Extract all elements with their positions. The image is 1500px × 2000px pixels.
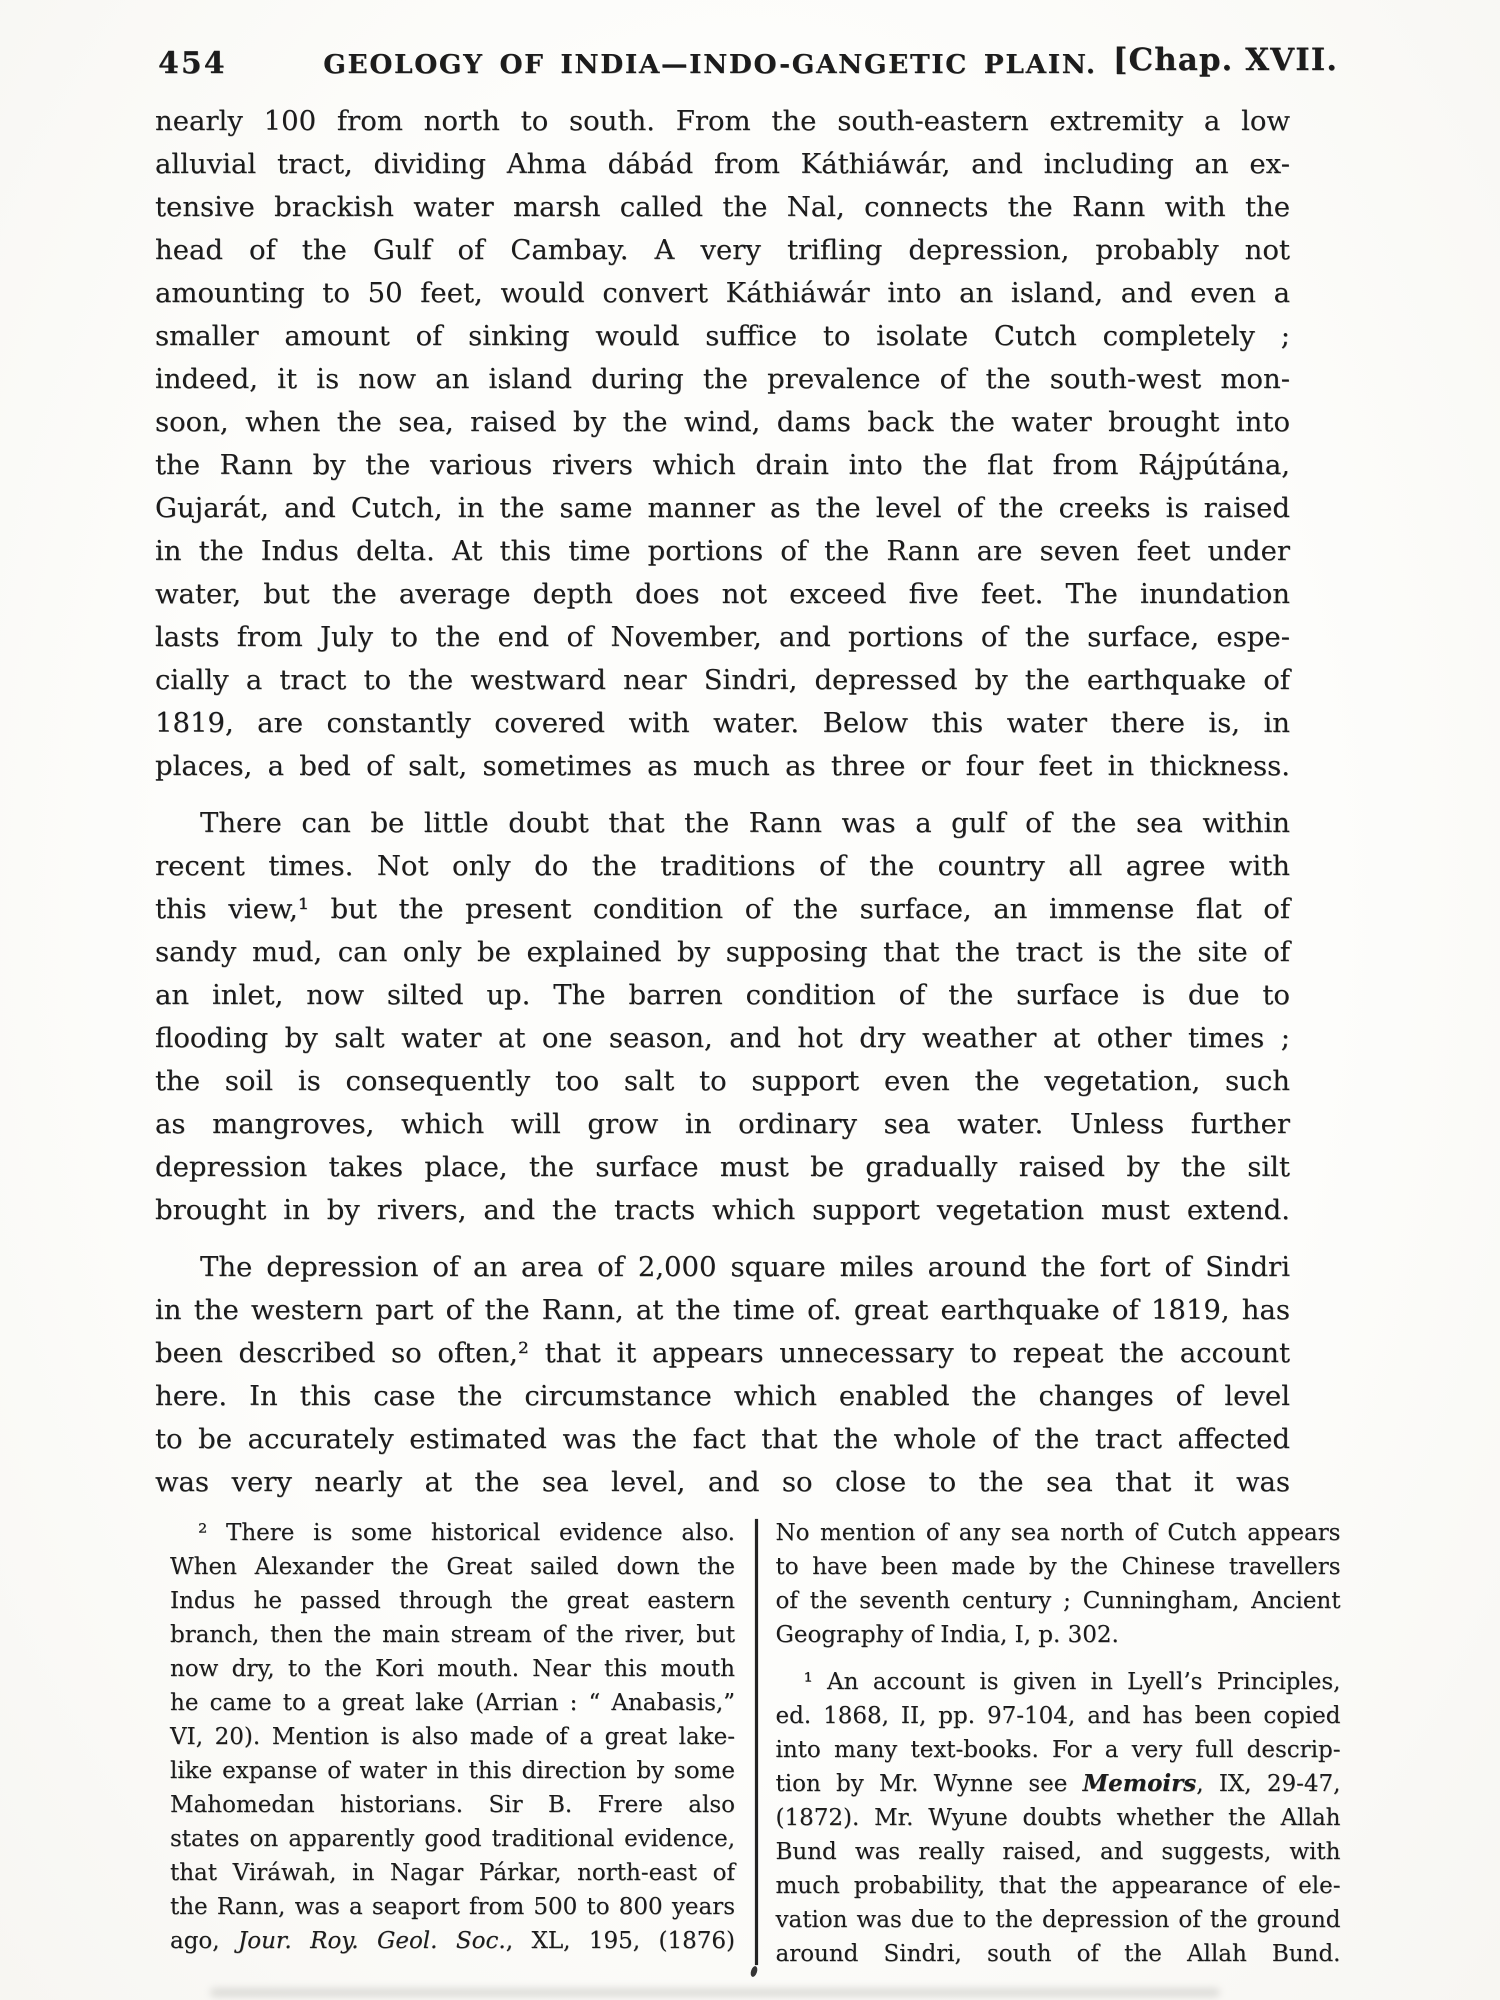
footnote-column-right: No mention of any sea north of Cutch app… bbox=[776, 1516, 1341, 1971]
text-line: No mention of any sea north of Cutch app… bbox=[776, 1516, 1341, 1550]
text-segment: around Sindri, south of the Allah Bund. bbox=[776, 1941, 1341, 1967]
text-segment: nearly 100 from north to south. From the… bbox=[155, 105, 1290, 137]
text-line: ago, Jour. Roy. Geol. Soc., XL, 195, (18… bbox=[170, 1924, 735, 1958]
text-line: like expanse of water in this direction … bbox=[170, 1754, 735, 1788]
text-segment: Mahomedan historians. Sir B. Frere also bbox=[170, 1792, 735, 1818]
text-segment: to have been made by the Chinese travell… bbox=[776, 1554, 1341, 1580]
text-line: he came to a great lake (Arrian : “ Anab… bbox=[170, 1686, 735, 1720]
chapter-label: [Chap. XVII. bbox=[1113, 42, 1338, 78]
text-line: that Viráwah, in Nagar Párkar, north-eas… bbox=[170, 1856, 735, 1890]
text-segment: tensive brackish water marsh called the … bbox=[155, 191, 1290, 223]
text-segment: , XL, 195, (1876) bbox=[506, 1928, 735, 1954]
text-segment: into many text-books. For a very full de… bbox=[776, 1737, 1341, 1763]
text-segment: ago, bbox=[170, 1928, 238, 1954]
text-line: to have been made by the Chinese travell… bbox=[776, 1550, 1341, 1584]
main-text-block: nearly 100 from north to south. From the… bbox=[155, 100, 1290, 1504]
text-line: vation was due to the depression of the … bbox=[776, 1903, 1341, 1937]
text-line: as mangroves, which will grow in ordinar… bbox=[155, 1103, 1290, 1146]
text-segment: Geography of India, I, p. 302. bbox=[776, 1622, 1119, 1648]
text-line: much probability, that the appearance of… bbox=[776, 1869, 1341, 1903]
text-segment: the soil is consequently too salt to sup… bbox=[155, 1065, 1290, 1097]
text-line: was very nearly at the sea level, and so… bbox=[155, 1461, 1290, 1504]
text-segment: lasts from July to the end of November, … bbox=[155, 621, 1290, 653]
text-line: the Rann by the various rivers which dra… bbox=[155, 444, 1290, 487]
text-segment: No mention of any sea north of Cutch app… bbox=[776, 1520, 1341, 1546]
text-segment: now dry, to the Kori mouth. Near this mo… bbox=[170, 1656, 735, 1682]
text-line: cially a tract to the westward near Sind… bbox=[155, 659, 1290, 702]
text-line: (1872). Mr. Wyune doubts whether the All… bbox=[776, 1801, 1341, 1835]
text-segment: the Rann by the various rivers which dra… bbox=[155, 449, 1290, 481]
text-line: into many text-books. For a very full de… bbox=[776, 1733, 1341, 1767]
text-segment: here. In this case the circumstance whic… bbox=[155, 1380, 1290, 1412]
text-segment: in the western part of the Rann, at the … bbox=[155, 1294, 1290, 1326]
text-line: been described so often,² that it appear… bbox=[155, 1332, 1290, 1375]
text-line: amounting to 50 feet, would convert Káth… bbox=[155, 272, 1290, 315]
text-segment: of the seventh century ; Cunningham, Anc… bbox=[776, 1588, 1341, 1614]
text-line: in the western part of the Rann, at the … bbox=[155, 1289, 1290, 1332]
text-line: smaller amount of sinking would suffice … bbox=[155, 315, 1290, 358]
text-segment: was very nearly at the sea level, and so… bbox=[155, 1466, 1290, 1498]
text-segment: ² There is some historical evidence also… bbox=[198, 1520, 735, 1546]
text-line: tensive brackish water marsh called the … bbox=[155, 186, 1290, 229]
paragraph-2: There can be little doubt that the Rann … bbox=[155, 802, 1290, 1232]
text-segment: 1819, are constantly covered with water.… bbox=[155, 707, 1290, 739]
text-line: nearly 100 from north to south. From the… bbox=[155, 100, 1290, 143]
text-line: There can be little doubt that the Rann … bbox=[155, 802, 1290, 845]
text-segment: ed. 1868, II, pp. 97-104, and has been c… bbox=[776, 1703, 1341, 1729]
text-segment: Bund was really raised, and suggests, wi… bbox=[776, 1839, 1341, 1865]
footnote-column-left: ² There is some historical evidence also… bbox=[170, 1516, 735, 1971]
footnotes-section: ² There is some historical evidence also… bbox=[170, 1516, 1342, 1971]
text-line: When Alexander the Great sailed down the bbox=[170, 1550, 735, 1584]
text-segment: The depression of an area of 2,000 squar… bbox=[200, 1251, 1290, 1283]
paragraph-1: nearly 100 from north to south. From the… bbox=[155, 100, 1290, 788]
text-line: lasts from July to the end of November, … bbox=[155, 616, 1290, 659]
text-segment: to be accurately estimated was the fact … bbox=[155, 1423, 1290, 1455]
text-segment: tion by Mr. Wynne see bbox=[776, 1771, 1083, 1797]
text-line: the soil is consequently too salt to sup… bbox=[155, 1060, 1290, 1103]
text-segment: been described so often,² that it appear… bbox=[155, 1337, 1290, 1369]
text-line: around Sindri, south of the Allah Bund. bbox=[776, 1937, 1341, 1971]
text-line: now dry, to the Kori mouth. Near this mo… bbox=[170, 1652, 735, 1686]
scan-smudge bbox=[210, 1988, 1220, 1997]
text-segment: VI, 20). Mention is also made of a great… bbox=[170, 1724, 735, 1750]
text-segment: alluvial tract, dividing Ahma dábád from… bbox=[155, 148, 1290, 180]
text-line: in the Indus delta. At this time portion… bbox=[155, 530, 1290, 573]
text-segment: recent times. Not only do the traditions… bbox=[155, 850, 1290, 882]
text-line: of the seventh century ; Cunningham, Anc… bbox=[776, 1584, 1341, 1618]
text-segment: flooding by salt water at one season, an… bbox=[155, 1022, 1290, 1054]
page-header: 454 GEOLOGY OF INDIA—INDO-GANGETIC PLAIN… bbox=[155, 40, 1340, 86]
text-segment: water, but the average depth does not ex… bbox=[155, 578, 1290, 610]
text-line: VI, 20). Mention is also made of a great… bbox=[170, 1720, 735, 1754]
text-segment: in the Indus delta. At this time portion… bbox=[155, 535, 1290, 567]
text-line: states on apparently good traditional ev… bbox=[170, 1822, 735, 1856]
running-title: GEOLOGY OF INDIA—INDO-GANGETIC PLAIN. bbox=[235, 49, 1185, 80]
text-segment: depression takes place, the surface must… bbox=[155, 1151, 1290, 1183]
text-line: Geography of India, I, p. 302. bbox=[776, 1618, 1341, 1652]
text-line: an inlet, now silted up. The barren cond… bbox=[155, 974, 1290, 1017]
text-segment: vation was due to the depression of the … bbox=[776, 1907, 1341, 1933]
text-line: water, but the average depth does not ex… bbox=[155, 573, 1290, 616]
text-segment: (1872). Mr. Wyune doubts whether the All… bbox=[776, 1805, 1341, 1831]
citation-italic: Jour. Roy. Geol. Soc. bbox=[238, 1928, 506, 1954]
text-line: branch, then the main stream of the rive… bbox=[170, 1618, 735, 1652]
text-line: ² There is some historical evidence also… bbox=[170, 1516, 735, 1550]
text-segment: cially a tract to the westward near Sind… bbox=[155, 664, 1290, 696]
text-line: ¹ An account is given in Lyell’s Princip… bbox=[776, 1665, 1341, 1699]
text-segment: Indus he passed through the great easter… bbox=[170, 1588, 735, 1614]
book-page: 454 GEOLOGY OF INDIA—INDO-GANGETIC PLAIN… bbox=[0, 0, 1500, 2000]
text-line: The depression of an area of 2,000 squar… bbox=[155, 1246, 1290, 1289]
text-segment: states on apparently good traditional ev… bbox=[170, 1826, 735, 1852]
text-line: head of the Gulf of Cambay. A very trifl… bbox=[155, 229, 1290, 272]
text-segment: brought in by rivers, and the tracts whi… bbox=[155, 1194, 1290, 1226]
text-segment: Gujarát, and Cutch, in the same manner a… bbox=[155, 492, 1290, 524]
text-line: Indus he passed through the great easter… bbox=[170, 1584, 735, 1618]
text-line: soon, when the sea, raised by the wind, … bbox=[155, 401, 1290, 444]
text-segment: , IX, 29-47, bbox=[1196, 1771, 1340, 1797]
text-segment: that Viráwah, in Nagar Párkar, north-eas… bbox=[170, 1860, 735, 1886]
text-segment: amounting to 50 feet, would convert Káth… bbox=[155, 277, 1290, 309]
text-segment: as mangroves, which will grow in ordinar… bbox=[155, 1108, 1290, 1140]
text-line: to be accurately estimated was the fact … bbox=[155, 1418, 1290, 1461]
text-segment: There can be little doubt that the Rann … bbox=[200, 807, 1290, 839]
text-segment: this view,¹ but the present condition of… bbox=[155, 893, 1290, 925]
text-segment: head of the Gulf of Cambay. A very trifl… bbox=[155, 234, 1290, 266]
text-segment: much probability, that the appearance of… bbox=[776, 1873, 1341, 1899]
paragraph-3: The depression of an area of 2,000 squar… bbox=[155, 1246, 1290, 1504]
text-segment: branch, then the main stream of the rive… bbox=[170, 1622, 735, 1648]
text-line: Bund was really raised, and suggests, wi… bbox=[776, 1835, 1341, 1869]
page-number: 454 bbox=[158, 46, 227, 81]
text-segment: ¹ An account is given in Lyell’s Princip… bbox=[804, 1669, 1341, 1695]
text-segment: he came to a great lake (Arrian : “ Anab… bbox=[170, 1690, 735, 1716]
citation-italic: Memoirs bbox=[1083, 1770, 1197, 1797]
text-line: brought in by rivers, and the tracts whi… bbox=[155, 1189, 1290, 1232]
text-segment: soon, when the sea, raised by the wind, … bbox=[155, 406, 1290, 438]
text-line: the Rann, was a seaport from 500 to 800 … bbox=[170, 1890, 735, 1924]
text-segment: When Alexander the Great sailed down the bbox=[170, 1554, 735, 1580]
text-segment: an inlet, now silted up. The barren cond… bbox=[155, 979, 1290, 1011]
text-segment: places, a bed of salt, sometimes as much… bbox=[155, 750, 1290, 782]
text-segment: the Rann, was a seaport from 500 to 800 … bbox=[170, 1894, 735, 1920]
text-line: sandy mud, can only be explained by supp… bbox=[155, 931, 1290, 974]
text-line: flooding by salt water at one season, an… bbox=[155, 1017, 1290, 1060]
text-segment: like expanse of water in this direction … bbox=[170, 1758, 735, 1784]
text-line: tion by Mr. Wynne see Memoirs, IX, 29-47… bbox=[776, 1767, 1341, 1801]
text-segment: indeed, it is now an island during the p… bbox=[155, 363, 1290, 395]
text-segment: smaller amount of sinking would suffice … bbox=[155, 320, 1290, 352]
text-line: places, a bed of salt, sometimes as much… bbox=[155, 745, 1290, 788]
text-line: here. In this case the circumstance whic… bbox=[155, 1375, 1290, 1418]
text-line: this view,¹ but the present condition of… bbox=[155, 888, 1290, 931]
text-line: ed. 1868, II, pp. 97-104, and has been c… bbox=[776, 1699, 1341, 1733]
text-segment: sandy mud, can only be explained by supp… bbox=[155, 936, 1290, 968]
column-divider bbox=[755, 1519, 758, 1965]
text-line: alluvial tract, dividing Ahma dábád from… bbox=[155, 143, 1290, 186]
text-line: Gujarát, and Cutch, in the same manner a… bbox=[155, 487, 1290, 530]
text-line: 1819, are constantly covered with water.… bbox=[155, 702, 1290, 745]
text-line: recent times. Not only do the traditions… bbox=[155, 845, 1290, 888]
text-line: indeed, it is now an island during the p… bbox=[155, 358, 1290, 401]
text-line: depression takes place, the surface must… bbox=[155, 1146, 1290, 1189]
text-line: Mahomedan historians. Sir B. Frere also bbox=[170, 1788, 735, 1822]
